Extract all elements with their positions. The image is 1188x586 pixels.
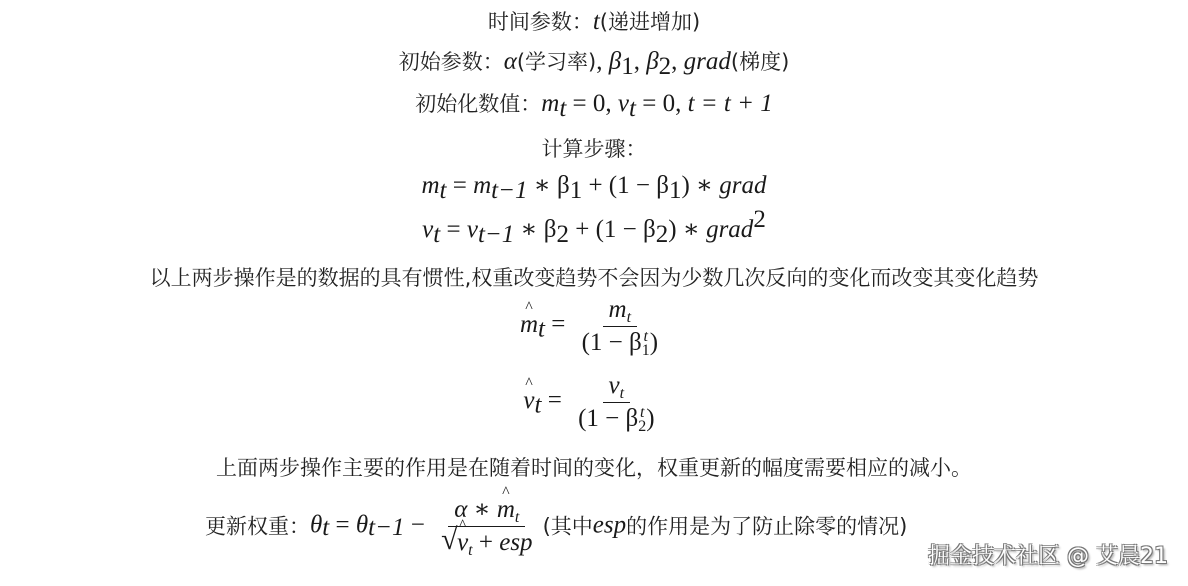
m-var: m — [541, 90, 559, 117]
decay-note: 上面两步操作主要的作用是在随着时间的变化，权重更新的幅度需要相应的减小。 — [216, 456, 972, 480]
eq-v-text1: ∗ β — [514, 216, 556, 243]
eq-mhat-den-sub: 1 — [642, 344, 650, 358]
theta-prev-sub: t−1 — [368, 514, 404, 541]
eq-m-text1: ∗ β — [527, 172, 569, 199]
grad-note: (梯度) — [731, 50, 789, 74]
eq-mhat-fraction: mt(1 − βt1) — [576, 296, 664, 358]
steps-title: 计算步骤： — [542, 137, 647, 161]
eq-v-bsub2: 2 — [656, 221, 669, 248]
steps-title-line: 计算步骤： — [0, 133, 1188, 163]
eq-v-lhs: v — [422, 216, 433, 243]
inertia-note: 以上两步操作是的数据的具有惯性,权重改变趋势不会因为少数几次反向的变化而改变其变… — [150, 266, 1039, 290]
eq-vhat-lhs: v — [523, 387, 534, 415]
update-num-m: m — [497, 496, 515, 524]
v-var: v — [618, 90, 629, 117]
eq-vhat-num: v — [609, 372, 620, 399]
time-param-line: 时间参数：t(递进增加) — [0, 6, 1188, 36]
eq-mhat-num: m — [609, 296, 627, 323]
eq-m-rhs: m — [473, 172, 491, 199]
eq-m-bsub2: 1 — [669, 177, 682, 204]
init-values-label: 初始化数值： — [415, 92, 541, 116]
eq-m-lhs: m — [421, 172, 439, 199]
update-den-plus: + — [473, 529, 500, 556]
eq-m-text2: + (1 − β — [582, 172, 669, 199]
eq-v-line: vt = vt−1 ∗ β2 + (1 − β2) ∗ grad2 — [0, 214, 1188, 244]
update-eq: = — [329, 512, 356, 539]
eq-v-rhs: v — [467, 216, 478, 243]
beta1-sub: 1 — [621, 53, 634, 80]
update-minus: − — [404, 512, 431, 539]
update-fraction: α ∗ mt√vt + esp — [435, 494, 539, 557]
eq-v-grad: grad — [706, 216, 753, 243]
update-den-v: v — [457, 529, 468, 557]
init-values-line: 初始化数值：mt = 0, vt = 0, t = t + 1 — [0, 88, 1188, 118]
eq-m-rhs-sub: t−1 — [491, 177, 527, 204]
theta: θ — [310, 512, 322, 539]
eq-m-bsub1: 1 — [570, 177, 583, 204]
beta2-sub: 2 — [659, 53, 672, 80]
init-params-label: 初始参数： — [399, 50, 504, 74]
eq-m-line: mt = mt−1 ∗ β1 + (1 − β1) ∗ grad — [0, 170, 1188, 200]
update-num-m-sub: t — [515, 509, 519, 526]
eq-vhat-den-pre: (1 − β — [578, 405, 638, 432]
time-param-label: 时间参数： — [488, 10, 593, 34]
eq-mhat-num-sub: t — [627, 309, 631, 326]
eq-v-text2: + (1 − β — [569, 216, 656, 243]
eq-vhat-line: vt = vt(1 − βt2) — [0, 372, 1188, 434]
eq-mhat-lhs: m — [520, 311, 538, 339]
eq-m-grad: grad — [719, 172, 766, 199]
eq-vhat-fraction: vt(1 − βt2) — [572, 372, 660, 434]
alpha-note: (学习率) — [517, 50, 596, 74]
eq-v-bsub1: 2 — [557, 221, 570, 248]
t-increment: t = t + 1 — [688, 90, 773, 117]
eq-vhat-den-post: ) — [646, 405, 654, 432]
init-params-line: 初始参数：α(学习率), β1, β2, grad(梯度) — [0, 46, 1188, 76]
eq-mhat-den-pre: (1 − β — [582, 329, 642, 356]
v-sub: t — [629, 95, 636, 122]
update-den-esp: esp — [499, 529, 532, 556]
eq-m-text3: ) ∗ — [681, 172, 719, 199]
eq-mhat-den-post: ) — [650, 329, 658, 356]
time-note: (递进增加) — [600, 10, 700, 34]
m-value: = 0, — [566, 90, 618, 117]
decay-note-line: 上面两步操作主要的作用是在随着时间的变化，权重更新的幅度需要相应的减小。 — [0, 452, 1188, 482]
beta2-symbol: β — [646, 48, 658, 75]
update-label: 更新权重： — [205, 515, 310, 539]
update-note-post: 的作用是为了防止除零的情况) — [626, 515, 907, 539]
eq-mhat-lhs-sub: t — [538, 316, 545, 343]
sqrt-icon: √ — [441, 523, 457, 557]
eq-v-grad-sup: 2 — [753, 206, 766, 233]
alpha-symbol: α — [504, 48, 517, 75]
eq-v-text3: ) ∗ — [668, 216, 706, 243]
beta1-symbol: β — [609, 48, 621, 75]
eq-v-rhs-sub: t−1 — [478, 221, 514, 248]
inertia-note-line: 以上两步操作是的数据的具有惯性,权重改变趋势不会因为少数几次反向的变化而改变其变… — [0, 262, 1188, 292]
time-var: t — [593, 8, 600, 35]
update-note-pre: (其中 — [543, 515, 593, 539]
update-note-esp: esp — [593, 512, 626, 539]
update-den-v-sub: t — [468, 542, 472, 559]
sqrt: √vt — [441, 529, 473, 557]
v-value: = 0, — [636, 90, 688, 117]
update-line: 更新权重：θt = θt−1 − α ∗ mt√vt + esp(其中esp的作… — [205, 494, 907, 557]
eq-vhat-num-sub: t — [620, 385, 624, 402]
grad-symbol: grad — [684, 48, 731, 75]
theta-prev: θ — [356, 512, 368, 539]
eq-mhat-line: mt = mt(1 − βt1) — [0, 296, 1188, 358]
watermark: 掘金技术社区 @ 艾晨21 — [928, 539, 1168, 570]
